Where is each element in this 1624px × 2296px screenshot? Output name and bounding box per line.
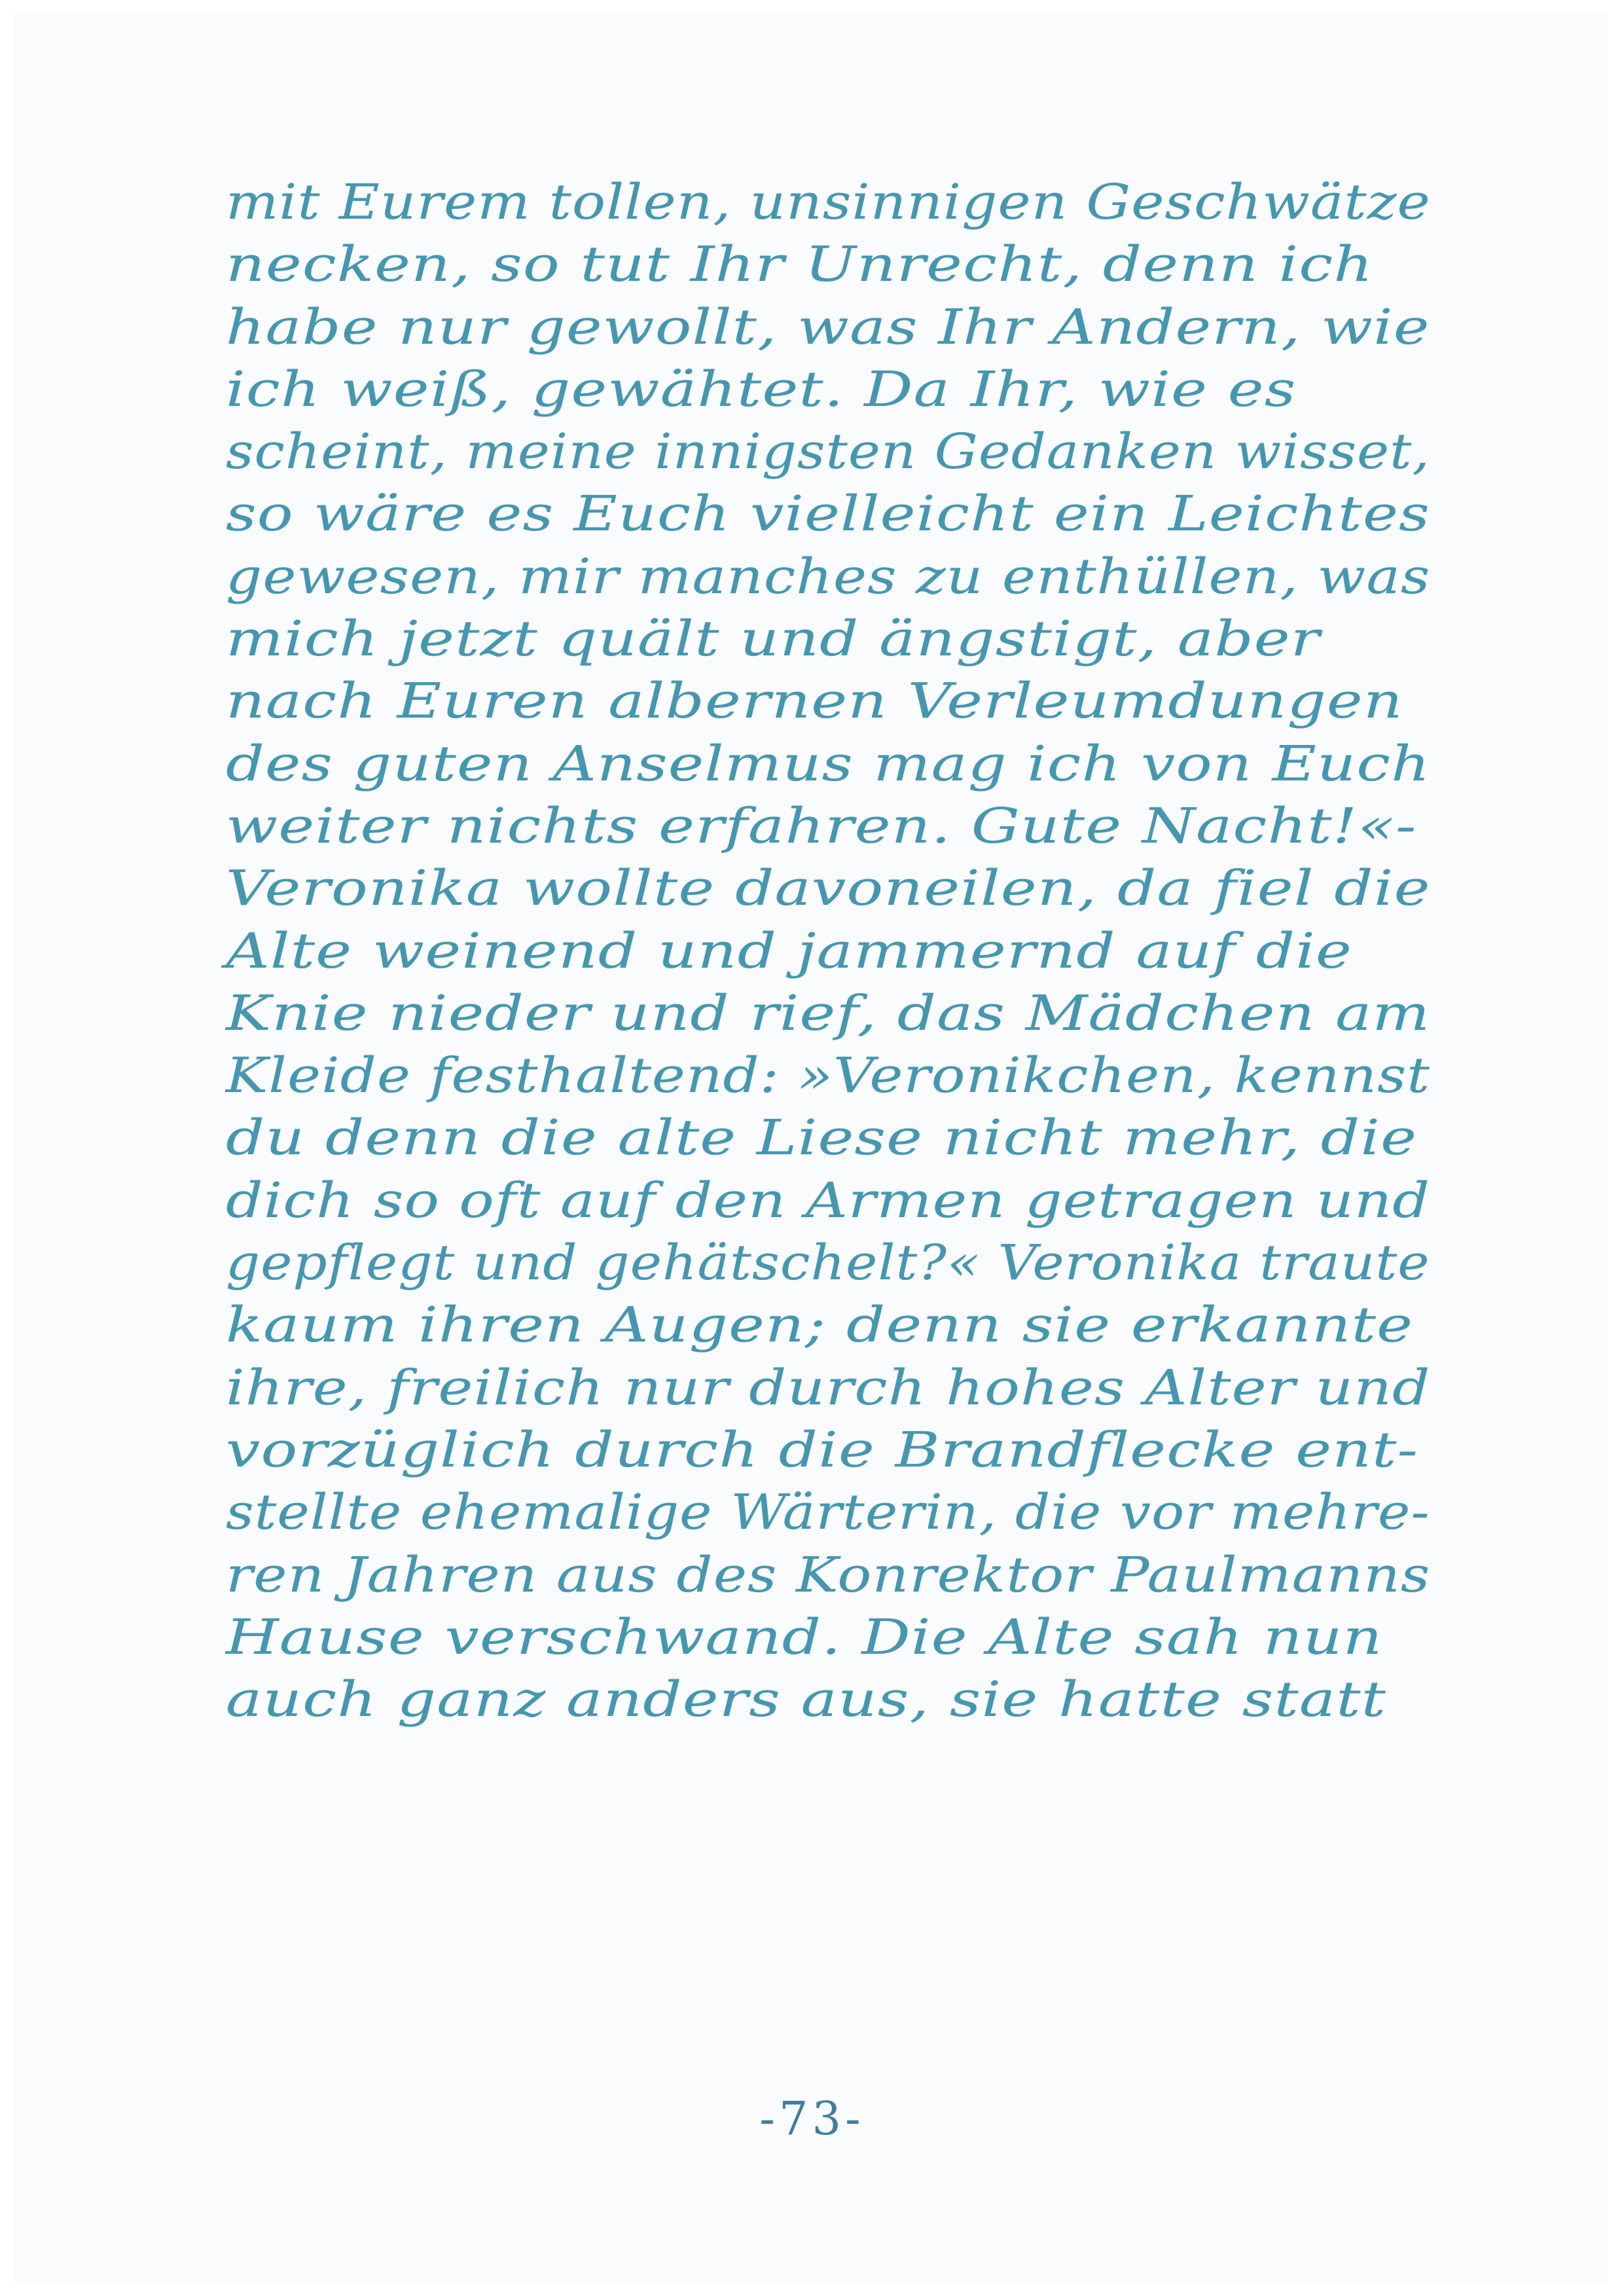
- text-line: gewesen, mir manches zu enthüllen, was: [226, 546, 1443, 608]
- text-line: ren Jahren aus des Konrektor Paulmanns: [226, 1544, 1443, 1607]
- text-line: vorzüglich durch die Brandflecke ent-: [226, 1419, 1443, 1482]
- text-line: Knie nieder und rief, das Mädchen am: [226, 983, 1443, 1045]
- text-line: Hause verschwand. Die Alte sah nun: [226, 1607, 1443, 1669]
- text-line: mit Eurem tollen, unsinnigen Geschwätze: [226, 172, 1443, 234]
- text-line: scheint, meine innigsten Gedanken wisset…: [226, 421, 1443, 483]
- text-line: so wäre es Euch vielleicht ein Leichtes: [226, 483, 1443, 545]
- text-line: stellte ehemalige Wärterin, die vor mehr…: [226, 1482, 1443, 1544]
- text-line: habe nur gewollt, was Ihr Andern, wie: [226, 297, 1443, 359]
- text-line: ich weiß, gewähtet. Da Ihr, wie es: [226, 359, 1443, 421]
- text-line: kaum ihren Augen; denn sie erkannte: [226, 1294, 1443, 1357]
- text-line: mich jetzt quält und ängstigt, aber: [226, 608, 1443, 670]
- text-line: weiter nichts erfahren. Gute Nacht!«-: [226, 795, 1443, 858]
- handwritten-text-body: mit Eurem tollen, unsinnigen Geschwätze …: [226, 172, 1443, 1731]
- text-line: Veronika wollte davoneilen, da fiel die: [226, 858, 1443, 920]
- text-line: Alte weinend und jammernd auf die: [226, 920, 1443, 983]
- text-line: des guten Anselmus mag ich von Euch: [226, 733, 1443, 795]
- text-line: Kleide festhaltend: »Veronikchen, kennst: [226, 1045, 1443, 1107]
- text-line: du denn die alte Liese nicht mehr, die: [226, 1107, 1443, 1169]
- text-line: auch ganz anders aus, sie hatte statt: [226, 1669, 1443, 1731]
- text-line: nach Euren albernen Verleumdungen: [226, 670, 1443, 733]
- page-number: -73-: [0, 2092, 1624, 2145]
- text-line: dich so oft auf den Armen getragen und: [226, 1170, 1443, 1232]
- text-line: ihre, freilich nur durch hohes Alter und: [226, 1357, 1443, 1419]
- text-line: necken, so tut Ihr Unrecht, denn ich: [226, 234, 1443, 296]
- text-line: gepflegt und gehätschelt?« Veronika trau…: [226, 1232, 1443, 1294]
